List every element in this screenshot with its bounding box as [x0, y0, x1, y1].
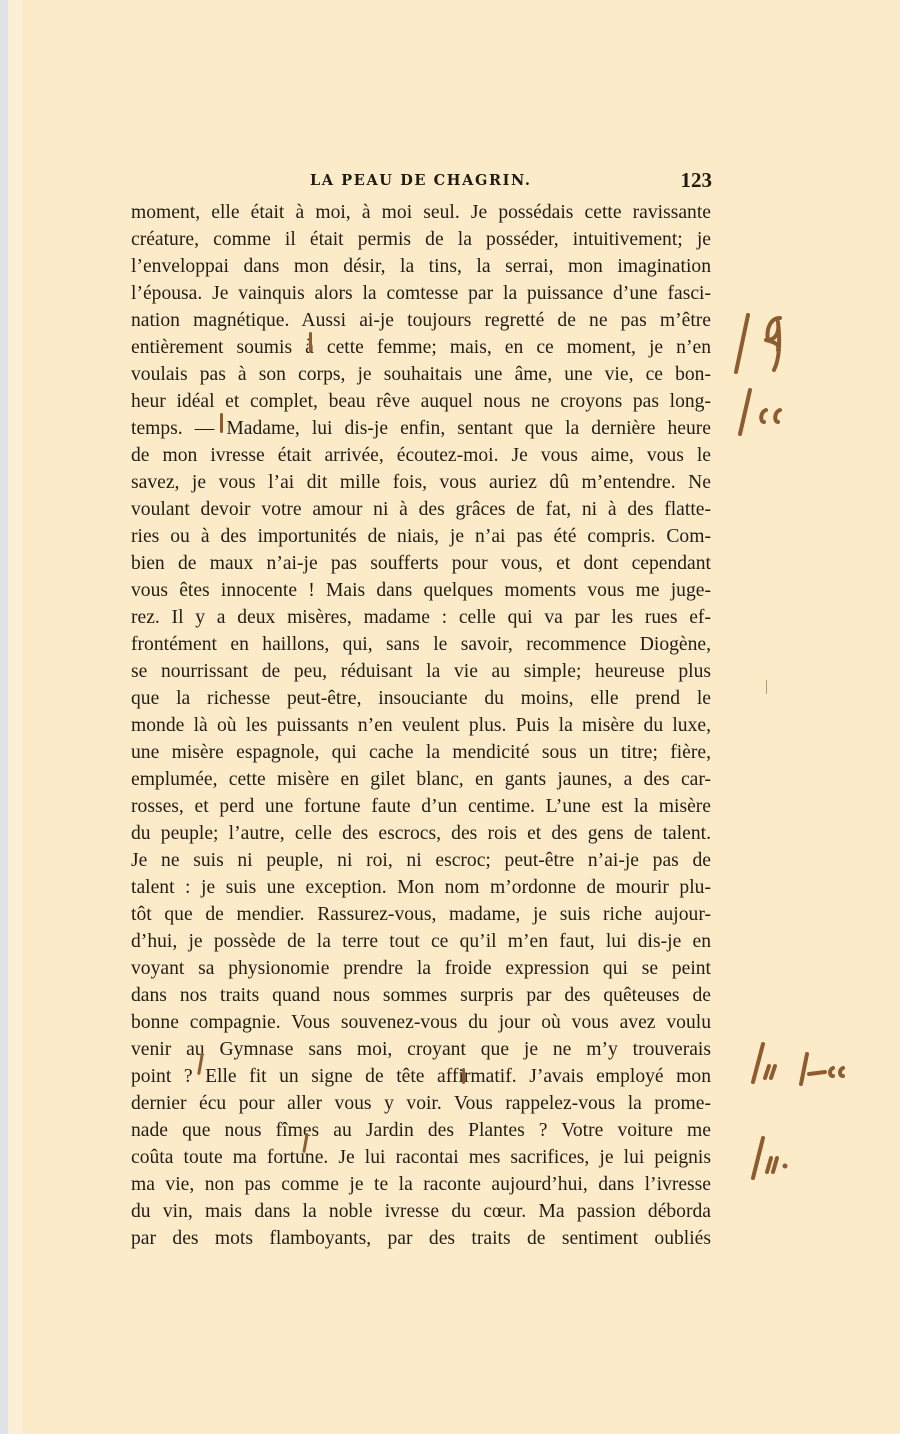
- text-line: vous êtes innocente ! Mais dans quelques…: [131, 577, 711, 604]
- margin-annotation-4: [745, 1134, 815, 1184]
- text-line: dans nos traits quand nous sommes surpri…: [131, 982, 711, 1009]
- text-line: voulant devoir votre amour ni à des grâc…: [131, 496, 711, 523]
- text-line: bien de maux n’ai-je pas soufferts pour …: [131, 550, 711, 577]
- running-head: LA PEAU DE CHAGRIN. 123: [132, 168, 712, 194]
- text-line: heur idéal et complet, beau rêve auquel …: [131, 388, 711, 415]
- text-line: ries ou à des importunités de niais, je …: [131, 523, 711, 550]
- text-line: ma vie, non pas comme je te la raconte a…: [131, 1171, 711, 1198]
- text-line: emplumée, cette misère en gilet blanc, e…: [131, 766, 711, 793]
- text-line: Je ne suis ni peuple, ni roi, ni escroc;…: [131, 847, 711, 874]
- text-line: une misère espagnole, qui cache la mendi…: [131, 739, 711, 766]
- text-line: rez. Il y a deux misères, madame : celle…: [131, 604, 711, 631]
- text-line: par des mots flamboyants, par des traits…: [131, 1225, 711, 1252]
- text-line: l’épousa. Je vainquis alors la comtesse …: [131, 280, 711, 307]
- text-line: se nourrissant de peu, réduisant la vie …: [131, 658, 711, 685]
- text-line: tôt que de mendier. Rassurez-vous, madam…: [131, 901, 711, 928]
- text-line: nation magnétique. Aussi ai-je toujours …: [131, 307, 711, 334]
- text-line: point ? Elle fit un signe de tête affirm…: [131, 1063, 711, 1090]
- page-number: 123: [681, 168, 713, 193]
- page-deckle-edge: [8, 0, 23, 1434]
- ink-mark: [766, 680, 767, 694]
- running-title: LA PEAU DE CHAGRIN.: [310, 172, 532, 189]
- scanner-background-edge: [0, 0, 8, 1434]
- text-line: créature, comme il était permis de la po…: [131, 226, 711, 253]
- text-line: voyant sa physionomie prendre la froide …: [131, 955, 711, 982]
- text-line: de mon ivresse était arrivée, écoutez-mo…: [131, 442, 711, 469]
- text-line: entièrement soumis à cette femme; mais, …: [131, 334, 711, 361]
- text-line: bonne compagnie. Vous souvenez-vous du j…: [131, 1009, 711, 1036]
- text-line: venir au Gymnase sans moi, croyant que j…: [131, 1036, 711, 1063]
- text-line: moment, elle était à moi, à moi seul. Je…: [131, 199, 711, 226]
- margin-annotation-3: [745, 1040, 865, 1090]
- margin-annotation-2: [730, 386, 790, 446]
- text-line: talent : je suis une exception. Mon nom …: [131, 874, 711, 901]
- text-line: monde là où les puissants n’en veulent p…: [131, 712, 711, 739]
- margin-annotation-1: [730, 310, 790, 380]
- text-line: dernier écu pour aller vous y voir. Vous…: [131, 1090, 711, 1117]
- text-line: nade que nous fîmes au Jardin des Plante…: [131, 1117, 711, 1144]
- text-line: frontément en haillons, qui, sans le sav…: [131, 631, 711, 658]
- ink-mark: [220, 413, 223, 433]
- ink-mark: [462, 1068, 465, 1084]
- text-line: rosses, et perd une fortune faute d’un c…: [131, 793, 711, 820]
- text-line: du vin, mais dans la noble ivresse du cœ…: [131, 1198, 711, 1225]
- text-line: temps. — Madame, lui dis-je enfin, senta…: [131, 415, 711, 442]
- text-line: du peuple; l’autre, celle des escrocs, d…: [131, 820, 711, 847]
- text-line: l’enveloppai dans mon désir, la tins, la…: [131, 253, 711, 280]
- text-line: coûta toute ma fortune. Je lui racontai …: [131, 1144, 711, 1171]
- ink-mark: [309, 332, 312, 352]
- text-line: savez, je vous l’ai dit mille fois, vous…: [131, 469, 711, 496]
- text-line: voulais pas à son corps, je souhaitais u…: [131, 361, 711, 388]
- text-line: que la richesse peut-être, insouciante d…: [131, 685, 711, 712]
- body-text: moment, elle était à moi, à moi seul. Je…: [131, 199, 711, 1252]
- text-line: d’hui, je possède de la terre tout ce qu…: [131, 928, 711, 955]
